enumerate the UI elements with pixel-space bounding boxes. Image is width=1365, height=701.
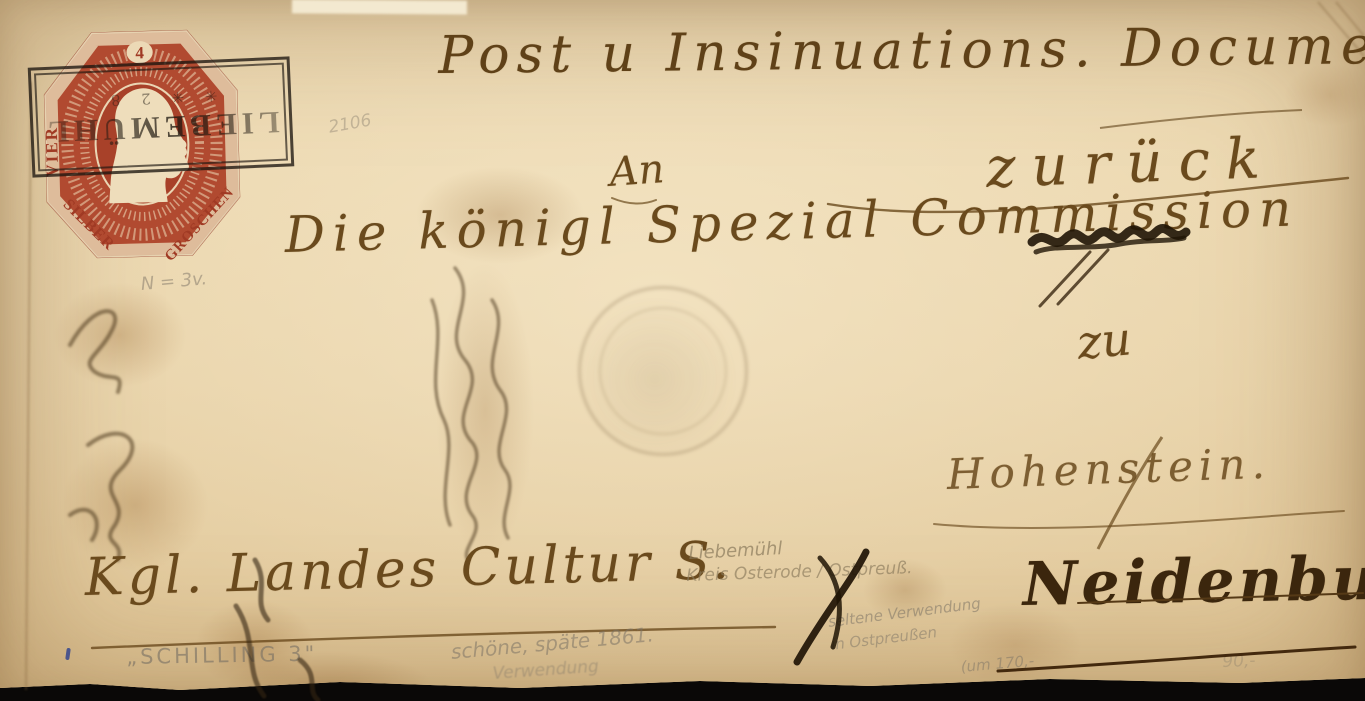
boxed-town-cancel: LIEBEMÜHL ✳ ✳ 2 8 [28, 56, 295, 177]
manuscript-an: An [608, 146, 666, 196]
cover-scan: 4 VIER SILBER GROSCHEN LIEBEMÜHL ✳ ✳ 2 8… [0, 0, 1365, 701]
manuscript-neidenburg: Neidenburg [1022, 542, 1365, 620]
paper-edge-notch [292, 0, 467, 15]
manuscript-title-line: Post u Insinuations. Document [438, 15, 1365, 86]
pencil-price: 90,- [1222, 651, 1256, 672]
manuscript-zu: zu [1075, 311, 1133, 369]
faint-circular-postmark [578, 286, 748, 456]
cancel-text-inverted: LIEBEMÜHL ✳ ✳ 2 8 [36, 65, 286, 170]
cancel-town-name: LIEBEMÜHL [43, 104, 281, 150]
pencil-schilling-note: „SCHILLING 3" [126, 642, 318, 669]
postmark-inner-ring [599, 307, 727, 435]
cancel-ornaments: ✳ ✳ 2 8 [103, 87, 218, 110]
